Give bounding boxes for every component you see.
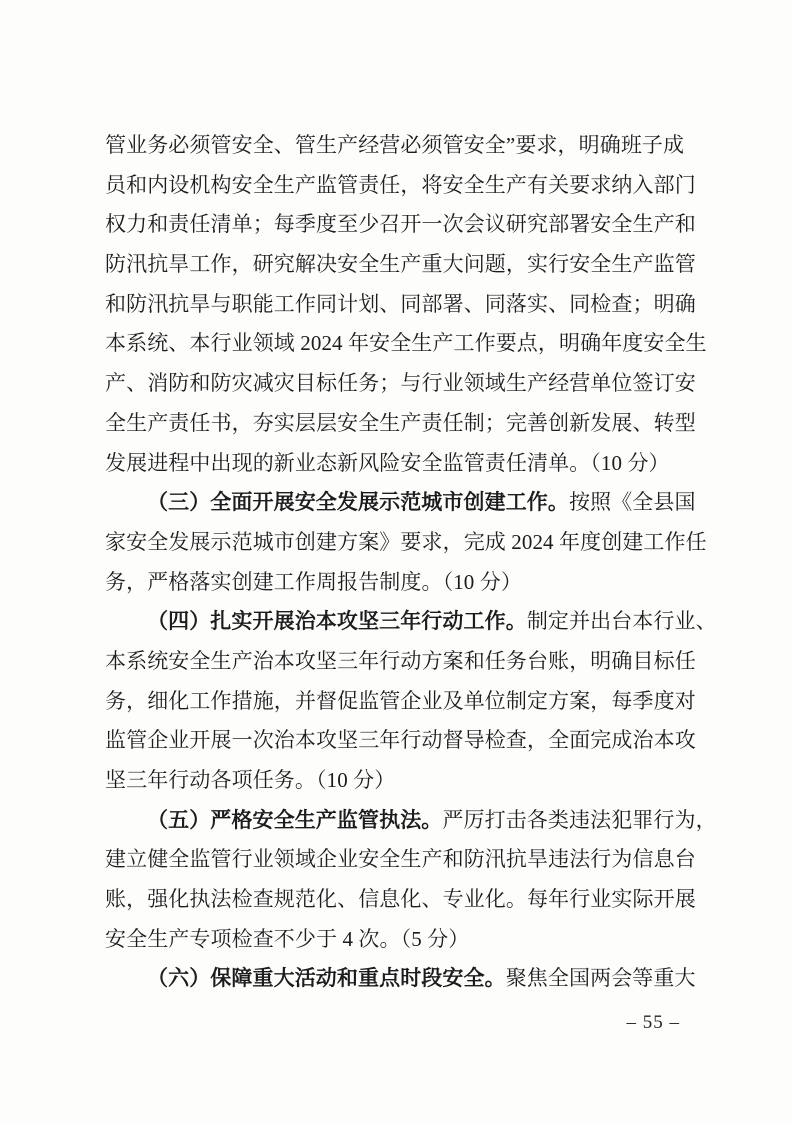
text-line: 管业务必须管安全、管生产经营必须管安全”要求，明确班子成 [105, 126, 695, 166]
section-heading-line-5: （五）严格安全生产监管执法。严厉打击各类违法犯罪行为， [105, 801, 695, 841]
line-text: 制定并出台本行业、 [527, 609, 717, 633]
section-heading-line-4: （四）扎实开展治本攻坚三年行动工作。制定并出台本行业、 [105, 602, 695, 642]
text-body: 管业务必须管安全、管生产经营必须管安全”要求，明确班子成 员和内设机构安全生产监… [105, 126, 695, 999]
line-text: 聚焦全国两会等重大 [506, 966, 696, 990]
text-line: 监管企业开展一次治本攻坚三年行动督导检查，全面完成治本攻 [105, 721, 695, 761]
section-heading-line-3: （三）全面开展安全发展示范城市创建工作。按照《全县国 [105, 483, 695, 523]
line-text: 按照《全县国 [569, 490, 696, 514]
line-text: 本系统、本行业领域 2024 年安全生产工作要点，明确年度安全生 [105, 331, 707, 355]
line-text: 权力和责任清单；每季度至少召开一次会议研究部署安全生产和 [105, 212, 696, 236]
page-number: – 55 – [627, 1012, 681, 1034]
text-line: 安全生产专项检查不少于 4 次。（5 分） [105, 920, 695, 960]
line-bold-heading: （六）保障重大活动和重点时段安全。 [147, 966, 506, 990]
line-text: 账，强化执法检查规范化、信息化、专业化。每年行业实际开展 [105, 887, 696, 911]
line-text: 家安全发展示范城市创建方案》要求，完成 2024 年度创建工作任 [105, 530, 707, 554]
document-page: 管业务必须管安全、管生产经营必须管安全”要求，明确班子成 员和内设机构安全生产监… [0, 0, 793, 1122]
text-line: 账，强化执法检查规范化、信息化、专业化。每年行业实际开展 [105, 880, 695, 920]
line-bold-heading: （三）全面开展安全发展示范城市创建工作。 [147, 490, 569, 514]
line-text: 全生产责任书，夯实层层安全生产责任制；完善创新发展、转型 [105, 411, 696, 435]
line-text: 安全生产专项检查不少于 4 次。（5 分） [105, 927, 469, 951]
text-line: 产、消防和防灾减灾目标任务；与行业领域生产经营单位签订安 [105, 364, 695, 404]
text-line: 本系统安全生产治本攻坚三年行动方案和任务台账，明确目标任 [105, 642, 695, 682]
text-line: 和防汛抗旱与职能工作同计划、同部署、同落实、同检查；明确 [105, 285, 695, 325]
text-line: 权力和责任清单；每季度至少召开一次会议研究部署安全生产和 [105, 205, 695, 245]
text-line: 发展进程中出现的新业态新风险安全监管责任清单。（10 分） [105, 444, 695, 484]
text-line: 员和内设机构安全生产监管责任，将安全生产有关要求纳入部门 [105, 166, 695, 206]
text-line: 家安全发展示范城市创建方案》要求，完成 2024 年度创建工作任 [105, 523, 695, 563]
text-line: 防汛抗旱工作，研究解决安全生产重大问题，实行安全生产监管 [105, 245, 695, 285]
text-line: 全生产责任书，夯实层层安全生产责任制；完善创新发展、转型 [105, 404, 695, 444]
text-line: 本系统、本行业领域 2024 年安全生产工作要点，明确年度安全生 [105, 324, 695, 364]
line-text: 管业务必须管安全、管生产经营必须管安全”要求，明确班子成 [105, 133, 684, 157]
text-line: 建立健全监管行业领域企业安全生产和防汛抗旱违法行为信息台 [105, 840, 695, 880]
line-text: 和防汛抗旱与职能工作同计划、同部署、同落实、同检查；明确 [105, 292, 696, 316]
line-text: 务，严格落实创建工作周报告制度。（10 分） [105, 570, 522, 594]
section-heading-line-6: （六）保障重大活动和重点时段安全。聚焦全国两会等重大 [105, 959, 695, 999]
line-text: 严厉打击各类违法犯罪行为， [442, 808, 716, 832]
line-text: 防汛抗旱工作，研究解决安全生产重大问题，实行安全生产监管 [105, 252, 696, 276]
line-bold-heading: （五）严格安全生产监管执法。 [147, 808, 442, 832]
line-text: 发展进程中出现的新业态新风险安全监管责任清单。（10 分） [105, 451, 670, 475]
line-text: 产、消防和防灾减灾目标任务；与行业领域生产经营单位签订安 [105, 371, 696, 395]
line-text: 坚三年行动各项任务。（10 分） [105, 768, 395, 792]
text-line: 坚三年行动各项任务。（10 分） [105, 761, 695, 801]
line-text: 本系统安全生产治本攻坚三年行动方案和任务台账，明确目标任 [105, 649, 696, 673]
line-text: 建立健全监管行业领域企业安全生产和防汛抗旱违法行为信息台 [105, 847, 696, 871]
line-bold-heading: （四）扎实开展治本攻坚三年行动工作。 [147, 609, 527, 633]
text-line: 务，细化工作措施，并督促监管企业及单位制定方案，每季度对 [105, 682, 695, 722]
line-text: 员和内设机构安全生产监管责任，将安全生产有关要求纳入部门 [105, 173, 696, 197]
text-line: 务，严格落实创建工作周报告制度。（10 分） [105, 563, 695, 603]
line-text: 务，细化工作措施，并督促监管企业及单位制定方案，每季度对 [105, 689, 696, 713]
line-text: 监管企业开展一次治本攻坚三年行动督导检查，全面完成治本攻 [105, 728, 696, 752]
